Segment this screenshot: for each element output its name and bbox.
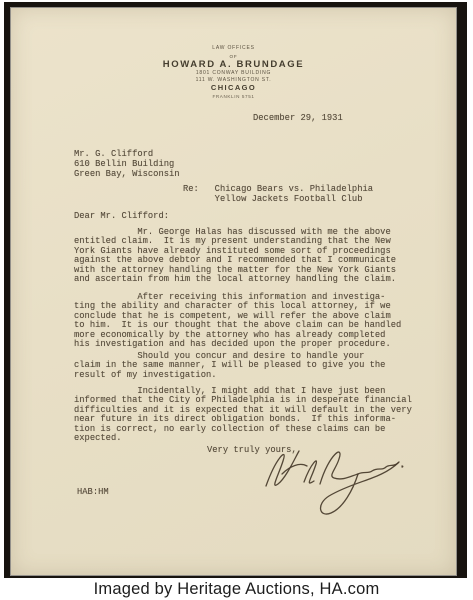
letterhead-law-offices: LAW OFFICES [11, 45, 456, 51]
scanned-letter-page: LAW OFFICES OF HOWARD A. BRUNDAGE 1801 C… [0, 0, 473, 600]
letterhead-name: HOWARD A. BRUNDAGE [11, 59, 456, 70]
re-line: Re: Chicago Bears vs. Philadelphia Yello… [183, 185, 373, 204]
recipient-city: Green Bay, Wisconsin [74, 170, 180, 180]
letter-date: December 29, 1931 [253, 114, 343, 124]
letterhead-phone: FRANKLIN 5751 [11, 94, 456, 99]
signature-image [252, 438, 408, 520]
letterhead-city: CHICAGO [11, 83, 456, 92]
paragraph-3: Should you concur and desire to handle y… [74, 352, 385, 381]
letterhead-of: OF [11, 54, 456, 59]
paragraph-1: Mr. George Halas has discussed with me t… [74, 228, 396, 286]
auction-caption-text: Imaged by Heritage Auctions, HA.com [94, 580, 380, 599]
paragraph-2: After receiving this information and inv… [74, 293, 401, 351]
typist-initials: HAB:HM [77, 488, 109, 498]
auction-caption-bar: Imaged by Heritage Auctions, HA.com [0, 578, 473, 600]
recipient-building: 610 Bellin Building [74, 160, 174, 170]
salutation: Dear Mr. Clifford: [74, 212, 169, 222]
paragraph-4: Incidentally, I might add that I have ju… [74, 387, 412, 445]
letterhead-building: 1801 CONWAY BUILDING [11, 70, 456, 76]
